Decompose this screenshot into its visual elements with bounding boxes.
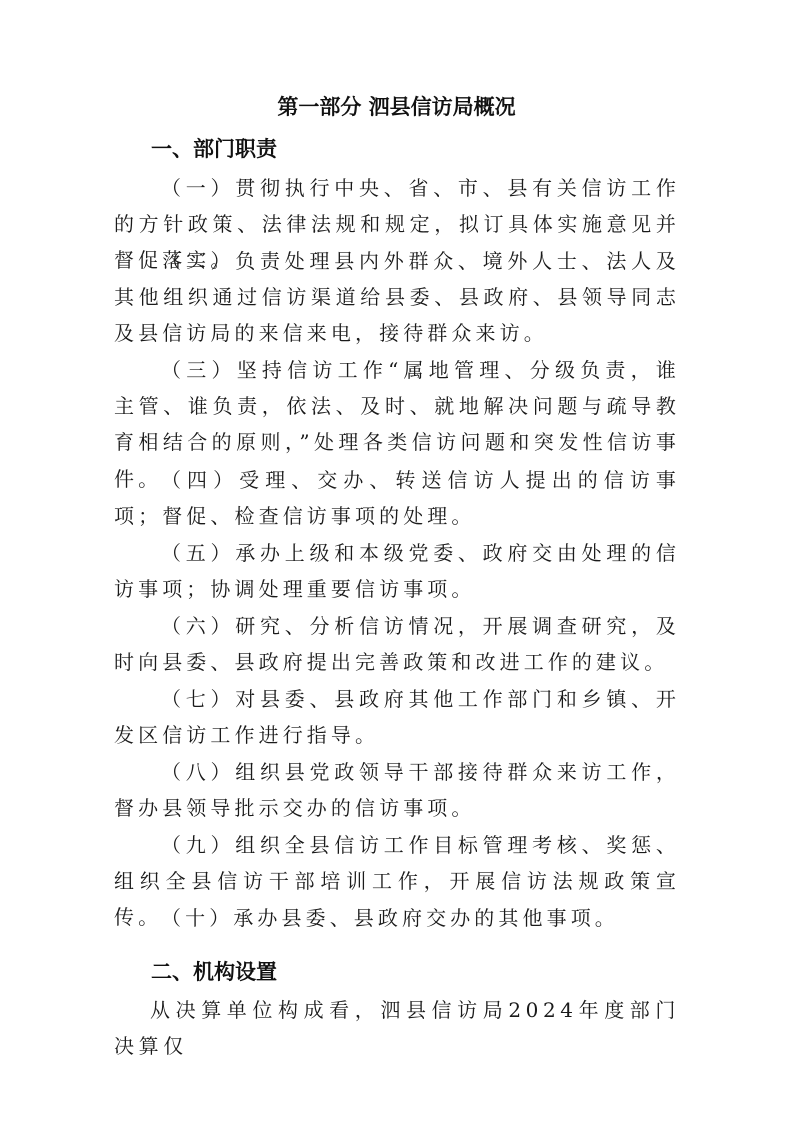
duty-paragraph-4: （四）受理、交办、转送信访人提出的信访事项；督促、检查信访事项的处理。	[114, 462, 680, 534]
duty-paragraph-7: （七）对县委、县政府其他工作部门和乡镇、开发区信访工作进行指导。	[114, 681, 680, 753]
duty-paragraph-8: （八）组织县党政领导干部接待群众来访工作，督办县领导批示交办的信访事项。	[114, 754, 680, 826]
section-heading-duties: 一、部门职责	[151, 135, 277, 163]
section-heading-organization: 二、机构设置	[151, 958, 277, 986]
duty-paragraph-5: （五）承办上级和本级党委、政府交由处理的信访事项；协调处理重要信访事项。	[114, 535, 680, 607]
duty-paragraph-6: （六）研究、分析信访情况，开展调查研究，及时向县委、县政府提出完善政策和改进工作…	[114, 608, 680, 680]
organization-paragraph-1: 从决算单位构成看，泗县信访局2024年度部门决算仅	[114, 992, 680, 1064]
document-page: 第一部分 泗县信访局概况 一、部门职责 （一）贯彻执行中央、省、市、县有关信访工…	[0, 0, 793, 1122]
duty-paragraph-10: （十）承办县委、县政府交办的其他事项。	[114, 900, 680, 936]
page-title: 第一部分 泗县信访局概况	[0, 93, 793, 121]
duty-paragraph-2: （二）负责处理县内外群众、境外人士、法人及其他组织通过信访渠道给县委、县政府、县…	[114, 243, 680, 352]
